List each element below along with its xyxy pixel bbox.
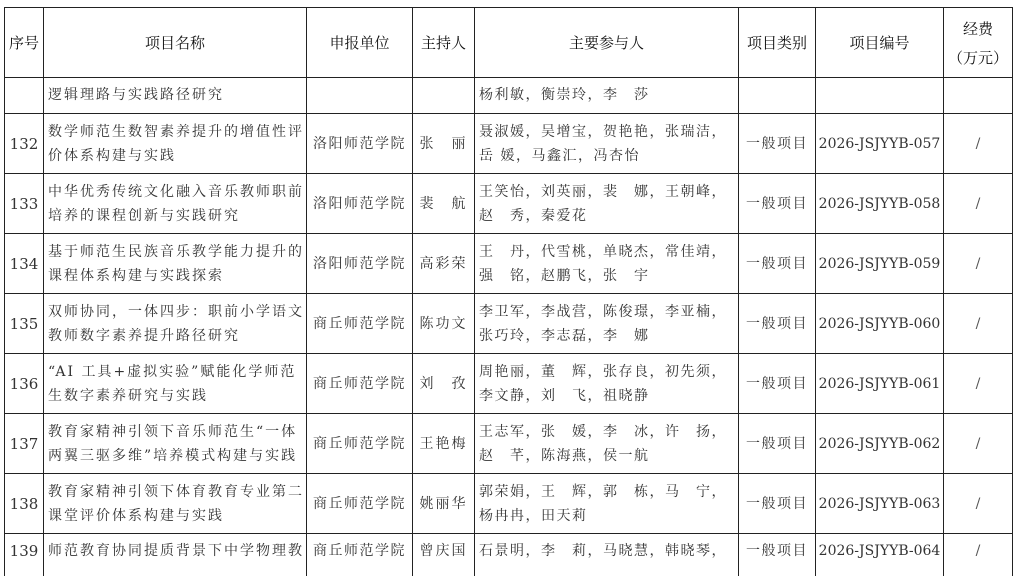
cell-fund: / [944,234,1013,294]
cell-unit: 洛阳师范学院 [307,234,413,294]
cell-participants-line: 强 铭，赵鹏飞，张 宇 [479,264,738,288]
cell-code: 2026-JSJYYB-062 [816,414,944,474]
cell-category: 一般项目 [739,474,816,534]
cell-index: 135 [5,294,44,354]
table-row: 134基于师范生民族音乐教学能力提升的课程体系构建与实践探索洛阳师范学院高彩荣王… [5,234,1013,294]
cell-category: 一般项目 [739,114,816,174]
table-row: 135双师协同，一体四步：职前小学语文教师数字素养提升路径研究商丘师范学院陈功文… [5,294,1013,354]
header-unit: 申报单位 [307,8,413,78]
project-table: 序号 项目名称 申报单位 主持人 主要参与人 项目类别 项目编号 经费 （万元）… [4,7,1013,576]
cell-host: 姚丽华 [413,474,475,534]
cell-category: 一般项目 [739,534,816,576]
cell-name: 教育家精神引领下体育教育专业第二课堂评价体系构建与实践 [44,474,307,534]
cell-participants: 王笑怡，刘英丽，裴 娜，王朝峰，赵 秀，秦爱花 [475,174,739,234]
cell-participants: 石景明，李 莉，马晓慧，韩晓琴， [475,534,739,576]
cell-name-line: 师范教育协同提质背景下中学物理教 [48,534,306,563]
cell-category [739,78,816,114]
cell-name: “AI 工具+虚拟实验”赋能化学师范生数字素养研究与实践 [44,354,307,414]
cell-name-line: 教师数字素养提升路径研究 [48,324,306,348]
cell-host [413,78,475,114]
cell-code: 2026-JSJYYB-064 [816,534,944,576]
cell-participants-line: 郭荣娟，王 辉，郭 栋，马 宁， [479,480,738,504]
cell-name-line: “AI 工具+虚拟实验”赋能化学师范 [48,360,306,384]
cell-name: 基于师范生民族音乐教学能力提升的课程体系构建与实践探索 [44,234,307,294]
cell-unit: 商丘师范学院 [307,414,413,474]
cell-unit: 商丘师范学院 [307,474,413,534]
cell-index: 139 [5,534,44,576]
cell-fund [944,78,1013,114]
cell-unit: 商丘师范学院 [307,354,413,414]
cell-name-line: 培养的课程创新与实践研究 [48,204,306,228]
cell-name-line: 教育家精神引领下体育教育专业第二 [48,480,306,504]
cell-index: 137 [5,414,44,474]
cell-unit: 洛阳师范学院 [307,114,413,174]
cell-category: 一般项目 [739,174,816,234]
cell-name-line: 数学师范生数智素养提升的增值性评 [48,120,306,144]
header-category: 项目类别 [739,8,816,78]
cell-name-line: 课堂评价体系构建与实践 [48,504,306,528]
cell-participants-line: 王笑怡，刘英丽，裴 娜，王朝峰， [479,180,738,204]
header-fund: 经费 （万元） [944,8,1013,78]
cell-participants-line: 张巧玲，李志磊，李 娜 [479,324,738,348]
cell-name-line: 中华优秀传统文化融入音乐教师职前 [48,180,306,204]
cell-fund: / [944,474,1013,534]
header-participants: 主要参与人 [475,8,739,78]
cell-host: 高彩荣 [413,234,475,294]
cell-name: 逻辑理路与实践路径研究 [44,78,307,114]
cell-participants-line: 李文静，刘 飞，祖晓静 [479,384,738,408]
cell-fund: / [944,534,1013,576]
cell-fund: / [944,174,1013,234]
table-row: 139师范教育协同提质背景下中学物理教商丘师范学院曾庆国石景明，李 莉，马晓慧，… [5,534,1013,576]
cell-code: 2026-JSJYYB-059 [816,234,944,294]
header-fund-line1: 经费 [963,20,993,38]
cell-index: 136 [5,354,44,414]
cell-host: 张 丽 [413,114,475,174]
cell-index: 138 [5,474,44,534]
cell-name-line: 教育家精神引领下音乐师范生“一体 [48,420,306,444]
cell-participants-line: 石景明，李 莉，马晓慧，韩晓琴， [479,534,738,563]
table-header-row: 序号 项目名称 申报单位 主持人 主要参与人 项目类别 项目编号 经费 （万元） [5,8,1013,78]
cell-unit: 洛阳师范学院 [307,174,413,234]
cell-participants: 周艳丽，董 辉，张存良，初先须，李文静，刘 飞，祖晓静 [475,354,739,414]
cell-participants: 杨利敏，衡崇玲，李 莎 [475,78,739,114]
cell-name: 中华优秀传统文化融入音乐教师职前培养的课程创新与实践研究 [44,174,307,234]
cell-index: 132 [5,114,44,174]
cell-participants: 聂淑媛，吴增宝，贺艳艳，张瑞洁，岳 媛，马鑫汇，冯杏怡 [475,114,739,174]
cell-code: 2026-JSJYYB-060 [816,294,944,354]
cell-host: 刘 孜 [413,354,475,414]
header-name: 项目名称 [44,8,307,78]
cell-name: 师范教育协同提质背景下中学物理教 [44,534,307,576]
cell-code: 2026-JSJYYB-063 [816,474,944,534]
cell-participants-line: 赵 秀，秦爱花 [479,204,738,228]
cell-participants-line: 王志军，张 媛，李 冰，许 扬， [479,420,738,444]
cell-fund: / [944,354,1013,414]
cell-code [816,78,944,114]
cell-unit [307,78,413,114]
cell-participants-line: 周艳丽，董 辉，张存良，初先须， [479,360,738,384]
cell-name-line: 双师协同，一体四步：职前小学语文 [48,300,306,324]
table-row: 136“AI 工具+虚拟实验”赋能化学师范生数字素养研究与实践商丘师范学院刘 孜… [5,354,1013,414]
cell-name: 数学师范生数智素养提升的增值性评价体系构建与实践 [44,114,307,174]
cell-participants-line: 李卫军，李战营，陈俊璟，李亚楠， [479,300,738,324]
cell-category: 一般项目 [739,234,816,294]
cell-participants-line: 赵 芊，陈海燕，侯一航 [479,444,738,468]
cell-host: 陈功文 [413,294,475,354]
cell-participants: 王 丹，代雪桃，单晓杰，常佳靖，强 铭，赵鹏飞，张 宇 [475,234,739,294]
table-row: 133中华优秀传统文化融入音乐教师职前培养的课程创新与实践研究洛阳师范学院裴 航… [5,174,1013,234]
table-row: 137教育家精神引领下音乐师范生“一体两翼三驱多维”培养模式构建与实践商丘师范学… [5,414,1013,474]
cell-participants-line: 聂淑媛，吴增宝，贺艳艳，张瑞洁， [479,120,738,144]
header-index: 序号 [5,8,44,78]
table-row: 132数学师范生数智素养提升的增值性评价体系构建与实践洛阳师范学院张 丽聂淑媛，… [5,114,1013,174]
table-row-continued: 逻辑理路与实践路径研究 杨利敏，衡崇玲，李 莎 [5,78,1013,114]
cell-name: 教育家精神引领下音乐师范生“一体两翼三驱多维”培养模式构建与实践 [44,414,307,474]
cell-host: 裴 航 [413,174,475,234]
cell-participants: 郭荣娟，王 辉，郭 栋，马 宁，杨冉冉，田天莉 [475,474,739,534]
cell-name-line: 价体系构建与实践 [48,144,306,168]
cell-code: 2026-JSJYYB-061 [816,354,944,414]
cell-index [5,78,44,114]
cell-participants-line: 王 丹，代雪桃，单晓杰，常佳靖， [479,240,738,264]
cell-name: 双师协同，一体四步：职前小学语文教师数字素养提升路径研究 [44,294,307,354]
table-row: 138教育家精神引领下体育教育专业第二课堂评价体系构建与实践商丘师范学院姚丽华郭… [5,474,1013,534]
cell-participants: 王志军，张 媛，李 冰，许 扬，赵 芊，陈海燕，侯一航 [475,414,739,474]
cell-name-line: 基于师范生民族音乐教学能力提升的 [48,240,306,264]
header-host: 主持人 [413,8,475,78]
cell-name-line: 两翼三驱多维”培养模式构建与实践 [48,444,306,468]
header-fund-line2: （万元） [944,47,1012,68]
cell-unit: 商丘师范学院 [307,294,413,354]
cell-category: 一般项目 [739,294,816,354]
cell-host: 王艳梅 [413,414,475,474]
cell-index: 134 [5,234,44,294]
cell-fund: / [944,114,1013,174]
cell-participants-line: 杨冉冉，田天莉 [479,504,738,528]
cell-code: 2026-JSJYYB-058 [816,174,944,234]
cell-fund: / [944,294,1013,354]
cell-host: 曾庆国 [413,534,475,576]
cell-unit: 商丘师范学院 [307,534,413,576]
cell-participants-line: 岳 媛，马鑫汇，冯杏怡 [479,144,738,168]
cell-category: 一般项目 [739,354,816,414]
cell-participants: 李卫军，李战营，陈俊璟，李亚楠，张巧玲，李志磊，李 娜 [475,294,739,354]
cell-name-line: 课程体系构建与实践探索 [48,264,306,288]
cell-name-line: 生数字素养研究与实践 [48,384,306,408]
cell-index: 133 [5,174,44,234]
cell-fund: / [944,414,1013,474]
cell-category: 一般项目 [739,414,816,474]
header-code: 项目编号 [816,8,944,78]
cell-code: 2026-JSJYYB-057 [816,114,944,174]
